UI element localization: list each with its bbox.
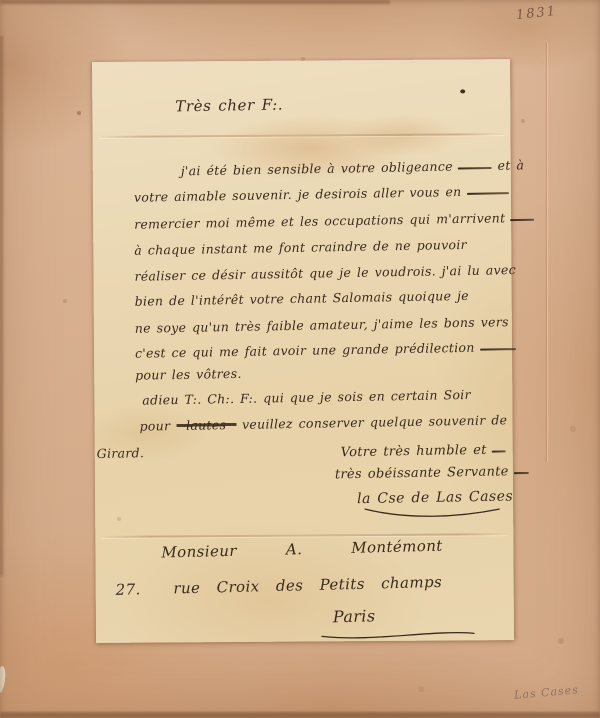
body-line-1: j'ai été bien sensible à votre obligeanc… bbox=[181, 159, 525, 177]
address-street: 27. rue Croix des Petits champs bbox=[116, 575, 443, 598]
ink-blot bbox=[460, 89, 465, 93]
body-line-1-end: et à bbox=[497, 157, 524, 172]
body-line-5: réaliser ce désir aussitôt que je le vou… bbox=[134, 264, 516, 283]
signature-flourish bbox=[363, 503, 503, 522]
body-line-11: pour lautes veuillez conserver quelque s… bbox=[139, 414, 507, 433]
body-line-10: adieu T:. Ch:. F:. qui que je sois en ce… bbox=[142, 389, 471, 407]
body-line-4: à chaque instant me font craindre de ne … bbox=[134, 239, 467, 257]
collector-pencil-note: Las Cases bbox=[514, 683, 580, 702]
pen-stroke bbox=[466, 192, 508, 195]
body-line-3: remercier moi même et les occupations qu… bbox=[134, 212, 534, 231]
closing-line-2-text: très obéissante Servante bbox=[335, 464, 509, 482]
letter-sheet: Très cher F:. j'ai été bien sensible à v… bbox=[92, 59, 514, 643]
pen-stroke bbox=[480, 348, 516, 351]
address-recipient: Monsieur A. Montémont bbox=[161, 539, 443, 561]
fold-crease-address bbox=[101, 533, 507, 538]
closing-line-1: Votre très humble et bbox=[341, 443, 506, 459]
body-line-11-start: pour bbox=[139, 418, 170, 434]
body-line-2-text: votre aimable souvenir. je desirois alle… bbox=[134, 184, 462, 205]
address-city: Paris bbox=[333, 608, 376, 625]
letter-photograph: 1831 Très cher F:. j'ai été bien sensibl… bbox=[0, 0, 600, 718]
year-annotation: 1831 bbox=[515, 4, 557, 23]
edge-tear bbox=[0, 666, 7, 695]
paper-edge-top bbox=[0, 0, 390, 4]
pen-stroke bbox=[492, 450, 506, 452]
margin-word: Girard. bbox=[97, 447, 145, 460]
pen-stroke bbox=[458, 166, 492, 169]
fold-crease-top bbox=[99, 133, 505, 138]
body-line-6: bien de l'intérêt votre chant Salomais q… bbox=[135, 290, 469, 308]
foxing-specks bbox=[0, 0, 2, 2]
pen-stroke bbox=[510, 218, 534, 220]
body-line-9: pour les vôtres. bbox=[135, 368, 242, 382]
pen-stroke bbox=[514, 471, 529, 473]
body-line-7: ne soye qu'un très faible amateur, j'aim… bbox=[135, 316, 509, 335]
body-line-3-text: remercier moi même et les occupations qu… bbox=[134, 210, 506, 231]
body-line-1-text: j'ai été bien sensible à votre obligeanc… bbox=[181, 159, 453, 179]
paris-underline-flourish bbox=[318, 625, 478, 642]
body-line-8-text: c'est ce qui me fait avoir une grande pr… bbox=[135, 340, 475, 361]
paper-edge-left bbox=[0, 36, 3, 576]
mount-vertical-crease bbox=[546, 42, 547, 462]
paper-edge-bottom bbox=[0, 712, 600, 718]
body-line-11-end: veuillez conserver quelque souvenir de bbox=[242, 412, 508, 432]
body-line-2: votre aimable souvenir. je desirois alle… bbox=[134, 185, 509, 204]
body-line-8: c'est ce qui me fait avoir une grande pr… bbox=[135, 341, 516, 360]
closing-line-1-text: Votre très humble et bbox=[341, 443, 487, 461]
salutation: Très cher F:. bbox=[175, 98, 283, 115]
scratched-out-word: lautes bbox=[176, 417, 236, 433]
closing-line-2: très obéissante Servante bbox=[335, 465, 529, 481]
